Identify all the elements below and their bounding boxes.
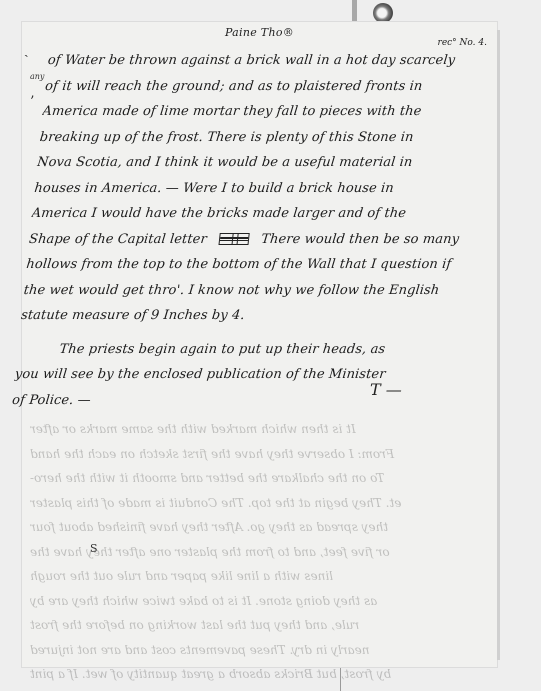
- bleed-line: as they doing stone. It is to bake twice…: [30, 589, 490, 614]
- margin-mark-mid: ’: [30, 94, 34, 110]
- text-line: hollows from the top to the bottom of th…: [25, 252, 490, 278]
- text-line: America made of lime mortar they fall to…: [41, 99, 506, 125]
- bleed-line: they spread as they go. After they have …: [30, 515, 490, 540]
- text-line: breaking up of the frost. There is plent…: [38, 125, 503, 151]
- text-fragment: There would then be so many: [261, 232, 460, 247]
- bleed-line: by frost, but Bricks absorb a great quan…: [30, 662, 490, 687]
- manuscript-page: Paine Tho® rec° No. 4. ˏ ’ S any of Wate…: [22, 22, 497, 667]
- h-brick-sketch-icon: [218, 233, 249, 245]
- bleed-line: nearly in dry. These pavements cost and …: [30, 638, 490, 663]
- punch-hole: [373, 3, 393, 23]
- text-line-with-sketch: Shape of the Capital letter There would …: [28, 227, 493, 253]
- text-line: The priests begin again to put up their …: [16, 337, 481, 363]
- letter-body: of Water be thrown against a brick wall …: [11, 48, 511, 413]
- text-line: statute measure of 9 Inches by 4.: [20, 303, 485, 329]
- text-line: America I would have the bricks made lar…: [30, 201, 495, 227]
- text-fragment: Shape of the Capital letter: [28, 232, 207, 247]
- margin-mark-top: ˏ: [24, 42, 29, 59]
- page-header: Paine Tho®: [22, 26, 497, 39]
- text-line: the wet would get thro'. I know not why …: [22, 278, 487, 304]
- bleed-line: rule, and they put the last working on b…: [30, 613, 490, 638]
- bleed-line: et. They begin at the top. The Conduit i…: [30, 491, 490, 516]
- text-line: Nova Scotia, and I think it would be a u…: [36, 150, 501, 176]
- text-line: houses in America. — Were I to build a b…: [33, 176, 498, 202]
- text-line: of it will reach the ground; and as to p…: [44, 74, 509, 100]
- docket-note: rec° No. 4.: [438, 38, 487, 48]
- text-line: you will see by the enclosed publication…: [13, 362, 478, 388]
- signature: T —: [370, 380, 402, 399]
- binder-strip: [352, 0, 357, 24]
- bleed-line: or five feet, and to from the plaster on…: [30, 540, 490, 565]
- bleed-line: To on the chalkare the better and smooth…: [30, 466, 490, 491]
- text-line: of Water be thrown against a brick wall …: [47, 48, 512, 74]
- bleed-line: From: I observe they have the first sket…: [30, 442, 490, 467]
- interlinear-note: any: [30, 72, 44, 81]
- bleed-line: lines with a line like paper and rule ou…: [30, 564, 490, 589]
- bleed-through-text: It is then which marked with the same ma…: [30, 417, 490, 687]
- bleed-line: It is then which marked with the same ma…: [30, 417, 490, 442]
- text-line: of Police. —: [11, 388, 476, 414]
